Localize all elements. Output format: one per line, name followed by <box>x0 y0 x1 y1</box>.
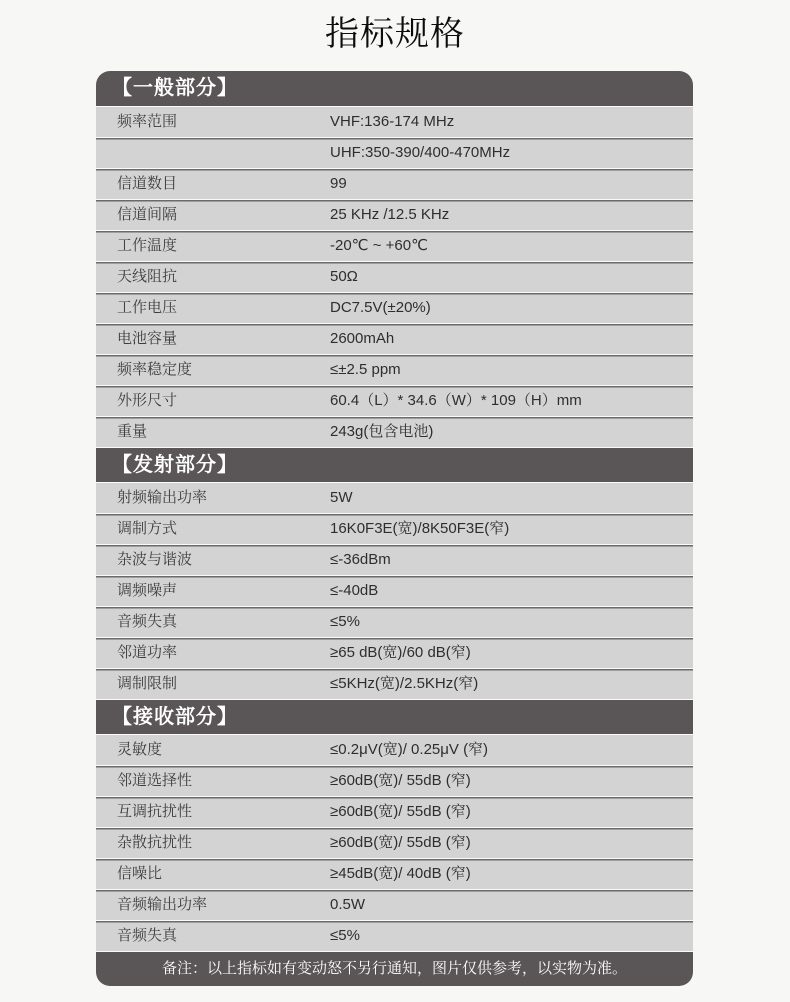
spec-row: 音频失真 ≤5% <box>96 606 693 637</box>
spec-value: 243g(包含电池) <box>330 417 693 447</box>
spec-row: 灵敏度 ≤0.2μV(宽)/ 0.25μV (窄) <box>96 734 693 765</box>
spec-label: 互调抗扰性 <box>96 797 330 827</box>
spec-value: ≥45dB(宽)/ 40dB (窄) <box>330 859 693 889</box>
spec-value: ≤5KHz(宽)/2.5KHz(窄) <box>330 669 693 699</box>
section-transmit: 【发射部分】 射频输出功率 5W 调制方式 16K0F3E(宽)/8K50F3E… <box>96 447 693 699</box>
spec-row: 信噪比 ≥45dB(宽)/ 40dB (窄) <box>96 858 693 889</box>
spec-row: 音频输出功率 0.5W <box>96 889 693 920</box>
spec-row: 调频噪声 ≤-40dB <box>96 575 693 606</box>
spec-value: DC7.5V(±20%) <box>330 293 693 323</box>
spec-label: 调制方式 <box>96 514 330 544</box>
spec-label: 音频失真 <box>96 921 330 951</box>
spec-sheet: 指标规格 【一般部分】 频率范围 VHF:136-174 MHz UHF:350… <box>0 0 790 986</box>
spec-label: 调制限制 <box>96 669 330 699</box>
spec-row: 射频输出功率 5W <box>96 482 693 513</box>
spec-row: 杂散抗扰性 ≥60dB(宽)/ 55dB (窄) <box>96 827 693 858</box>
spec-value: ≤±2.5 ppm <box>330 355 693 385</box>
spec-label: 外形尺寸 <box>96 386 330 416</box>
spec-label: 天线阻抗 <box>96 262 330 292</box>
spec-label: 重量 <box>96 417 330 447</box>
spec-value: ≥60dB(宽)/ 55dB (窄) <box>330 828 693 858</box>
spec-row: 音频失真 ≤5% <box>96 920 693 951</box>
spec-row: 频率范围 VHF:136-174 MHz <box>96 106 693 137</box>
spec-label: 调频噪声 <box>96 576 330 606</box>
spec-label: 音频失真 <box>96 607 330 637</box>
spec-row: 重量 243g(包含电池) <box>96 416 693 447</box>
spec-label: 工作电压 <box>96 293 330 323</box>
section-header-general: 【一般部分】 <box>96 71 693 106</box>
spec-row: 天线阻抗 50Ω <box>96 261 693 292</box>
spec-value: ≤5% <box>330 921 693 951</box>
spec-label: 信噪比 <box>96 859 330 889</box>
section-header-receive: 【接收部分】 <box>96 699 693 734</box>
spec-label: 工作温度 <box>96 231 330 261</box>
spec-row: 电池容量 2600mAh <box>96 323 693 354</box>
spec-row: 邻道选择性 ≥60dB(宽)/ 55dB (窄) <box>96 765 693 796</box>
spec-label: 电池容量 <box>96 324 330 354</box>
spec-row: 调制方式 16K0F3E(宽)/8K50F3E(窄) <box>96 513 693 544</box>
spec-row: UHF:350-390/400-470MHz <box>96 137 693 168</box>
spec-label: 灵敏度 <box>96 735 330 765</box>
spec-label: 邻道选择性 <box>96 766 330 796</box>
spec-row: 邻道功率 ≥65 dB(宽)/60 dB(窄) <box>96 637 693 668</box>
spec-value: 5W <box>330 483 693 513</box>
spec-value: 2600mAh <box>330 324 693 354</box>
spec-value: 60.4（L）* 34.6（W）* 109（H）mm <box>330 386 693 416</box>
spec-row: 工作温度 -20℃ ~ +60℃ <box>96 230 693 261</box>
spec-value: ≤-36dBm <box>330 545 693 575</box>
spec-value: -20℃ ~ +60℃ <box>330 231 693 261</box>
spec-row: 工作电压 DC7.5V(±20%) <box>96 292 693 323</box>
spec-value: 50Ω <box>330 262 693 292</box>
footer-note: 备注：以上指标如有变动怒不另行通知，图片仅供参考，以实物为准。 <box>96 951 693 986</box>
spec-value: ≥60dB(宽)/ 55dB (窄) <box>330 766 693 796</box>
spec-label: 杂波与谐波 <box>96 545 330 575</box>
spec-value: ≥65 dB(宽)/60 dB(窄) <box>330 638 693 668</box>
spec-row: 杂波与谐波 ≤-36dBm <box>96 544 693 575</box>
spec-label: 射频输出功率 <box>96 483 330 513</box>
spec-table: 【一般部分】 频率范围 VHF:136-174 MHz UHF:350-390/… <box>96 71 693 986</box>
spec-row: 外形尺寸 60.4（L）* 34.6（W）* 109（H）mm <box>96 385 693 416</box>
section-general: 【一般部分】 频率范围 VHF:136-174 MHz UHF:350-390/… <box>96 71 693 447</box>
spec-row: 互调抗扰性 ≥60dB(宽)/ 55dB (窄) <box>96 796 693 827</box>
spec-row: 信道数目 99 <box>96 168 693 199</box>
spec-row: 信道间隔 25 KHz /12.5 KHz <box>96 199 693 230</box>
spec-value: 0.5W <box>330 890 693 920</box>
spec-label: 杂散抗扰性 <box>96 828 330 858</box>
spec-label: 音频输出功率 <box>96 890 330 920</box>
spec-value: 25 KHz /12.5 KHz <box>330 200 693 230</box>
spec-value: ≤0.2μV(宽)/ 0.25μV (窄) <box>330 735 693 765</box>
spec-value: UHF:350-390/400-470MHz <box>330 138 693 168</box>
page-title: 指标规格 <box>0 0 790 71</box>
spec-value: 99 <box>330 169 693 199</box>
spec-label: 邻道功率 <box>96 638 330 668</box>
spec-value: 16K0F3E(宽)/8K50F3E(窄) <box>330 514 693 544</box>
spec-value: ≤-40dB <box>330 576 693 606</box>
spec-label <box>96 138 330 168</box>
spec-label: 频率稳定度 <box>96 355 330 385</box>
spec-label: 信道数目 <box>96 169 330 199</box>
spec-value: ≥60dB(宽)/ 55dB (窄) <box>330 797 693 827</box>
spec-row: 频率稳定度 ≤±2.5 ppm <box>96 354 693 385</box>
section-receive: 【接收部分】 灵敏度 ≤0.2μV(宽)/ 0.25μV (窄) 邻道选择性 ≥… <box>96 699 693 951</box>
spec-row: 调制限制 ≤5KHz(宽)/2.5KHz(窄) <box>96 668 693 699</box>
section-header-transmit: 【发射部分】 <box>96 447 693 482</box>
spec-label: 频率范围 <box>96 107 330 137</box>
spec-value: ≤5% <box>330 607 693 637</box>
spec-label: 信道间隔 <box>96 200 330 230</box>
spec-value: VHF:136-174 MHz <box>330 107 693 137</box>
